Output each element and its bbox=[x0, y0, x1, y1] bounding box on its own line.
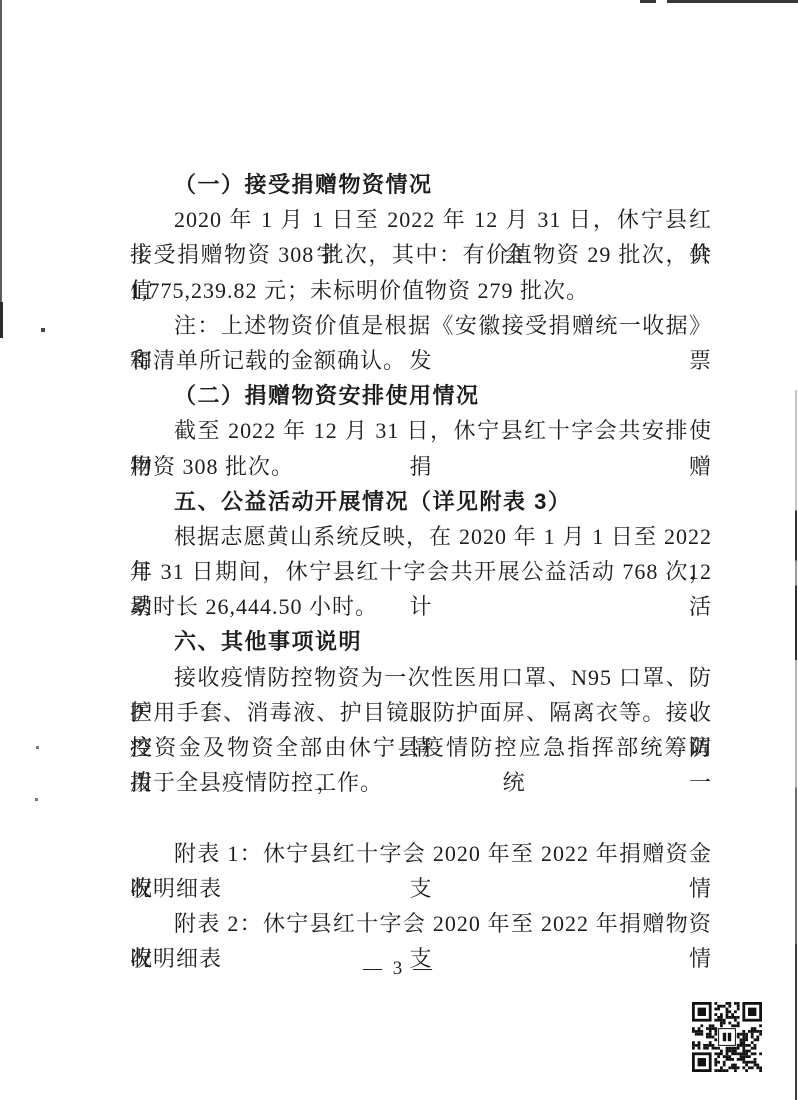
text-line: 截至 2022 年 12 月 31 日，休宁县红十字会共安排使用捐赠 bbox=[130, 413, 712, 448]
text-line: 接收疫情防控物资为一次性医用口罩、N95 口罩、防护服、 bbox=[130, 660, 712, 695]
section-heading: （二）捐赠物资安排使用情况 bbox=[130, 378, 712, 413]
text-line: 接受捐赠物资 308 批次，其中：有价值物资 29 批次，价值 bbox=[130, 237, 712, 272]
text-line: 2020 年 1 月 1 日至 2022 年 12 月 31 日，休宁县红十字会… bbox=[130, 202, 712, 237]
text-line: 月 31 日期间，休宁县红十字会共开展公益活动 768 次，累计活 bbox=[130, 554, 712, 589]
section-heading: （一）接受捐赠物资情况 bbox=[130, 167, 712, 202]
scan-speck bbox=[41, 328, 45, 332]
section-heading: 六、其他事项说明 bbox=[130, 624, 712, 659]
scanned-document-page: （一）接受捐赠物资情况 2020 年 1 月 1 日至 2022 年 12 月 … bbox=[0, 0, 798, 1100]
text-line: 医用手套、消毒液、护目镜、防护面屏、隔离衣等。接收疫情防 bbox=[130, 695, 712, 730]
scan-speck bbox=[35, 798, 38, 801]
qr-code bbox=[692, 1002, 762, 1072]
blank-line bbox=[130, 800, 712, 835]
scan-speck bbox=[36, 746, 39, 749]
scan-artifact-top-edge bbox=[667, 0, 798, 3]
document-body: （一）接受捐赠物资情况 2020 年 1 月 1 日至 2022 年 12 月 … bbox=[130, 167, 712, 976]
attachment-reference: 附表 2：休宁县红十字会 2020 年至 2022 年捐赠物资收支情 bbox=[130, 906, 712, 941]
page-number: — 3 — bbox=[0, 958, 798, 980]
scan-artifact-left-edge-dark bbox=[0, 302, 3, 338]
scan-artifact-right-edge bbox=[795, 390, 797, 1100]
text-line: 根据志愿黄山系统反映，在 2020 年 1 月 1 日至 2022 年 12 bbox=[130, 519, 712, 554]
text-line: 控资金及物资全部由休宁县疫情防控应急指挥部统筹调拨，统一 bbox=[130, 730, 712, 765]
scan-artifact-left-edge bbox=[0, 0, 2, 302]
text-line: 1,775,239.82 元；未标明价值物资 279 批次。 bbox=[130, 273, 712, 308]
section-heading: 五、公益活动开展情况（详见附表 3） bbox=[130, 484, 712, 519]
note-line: 注：上述物资价值是根据《安徽接受捐赠统一收据》和发票 bbox=[130, 308, 712, 343]
scan-artifact-top-edge bbox=[640, 0, 656, 3]
attachment-reference: 附表 1：休宁县红十字会 2020 年至 2022 年捐赠资金收支情 bbox=[130, 836, 712, 871]
